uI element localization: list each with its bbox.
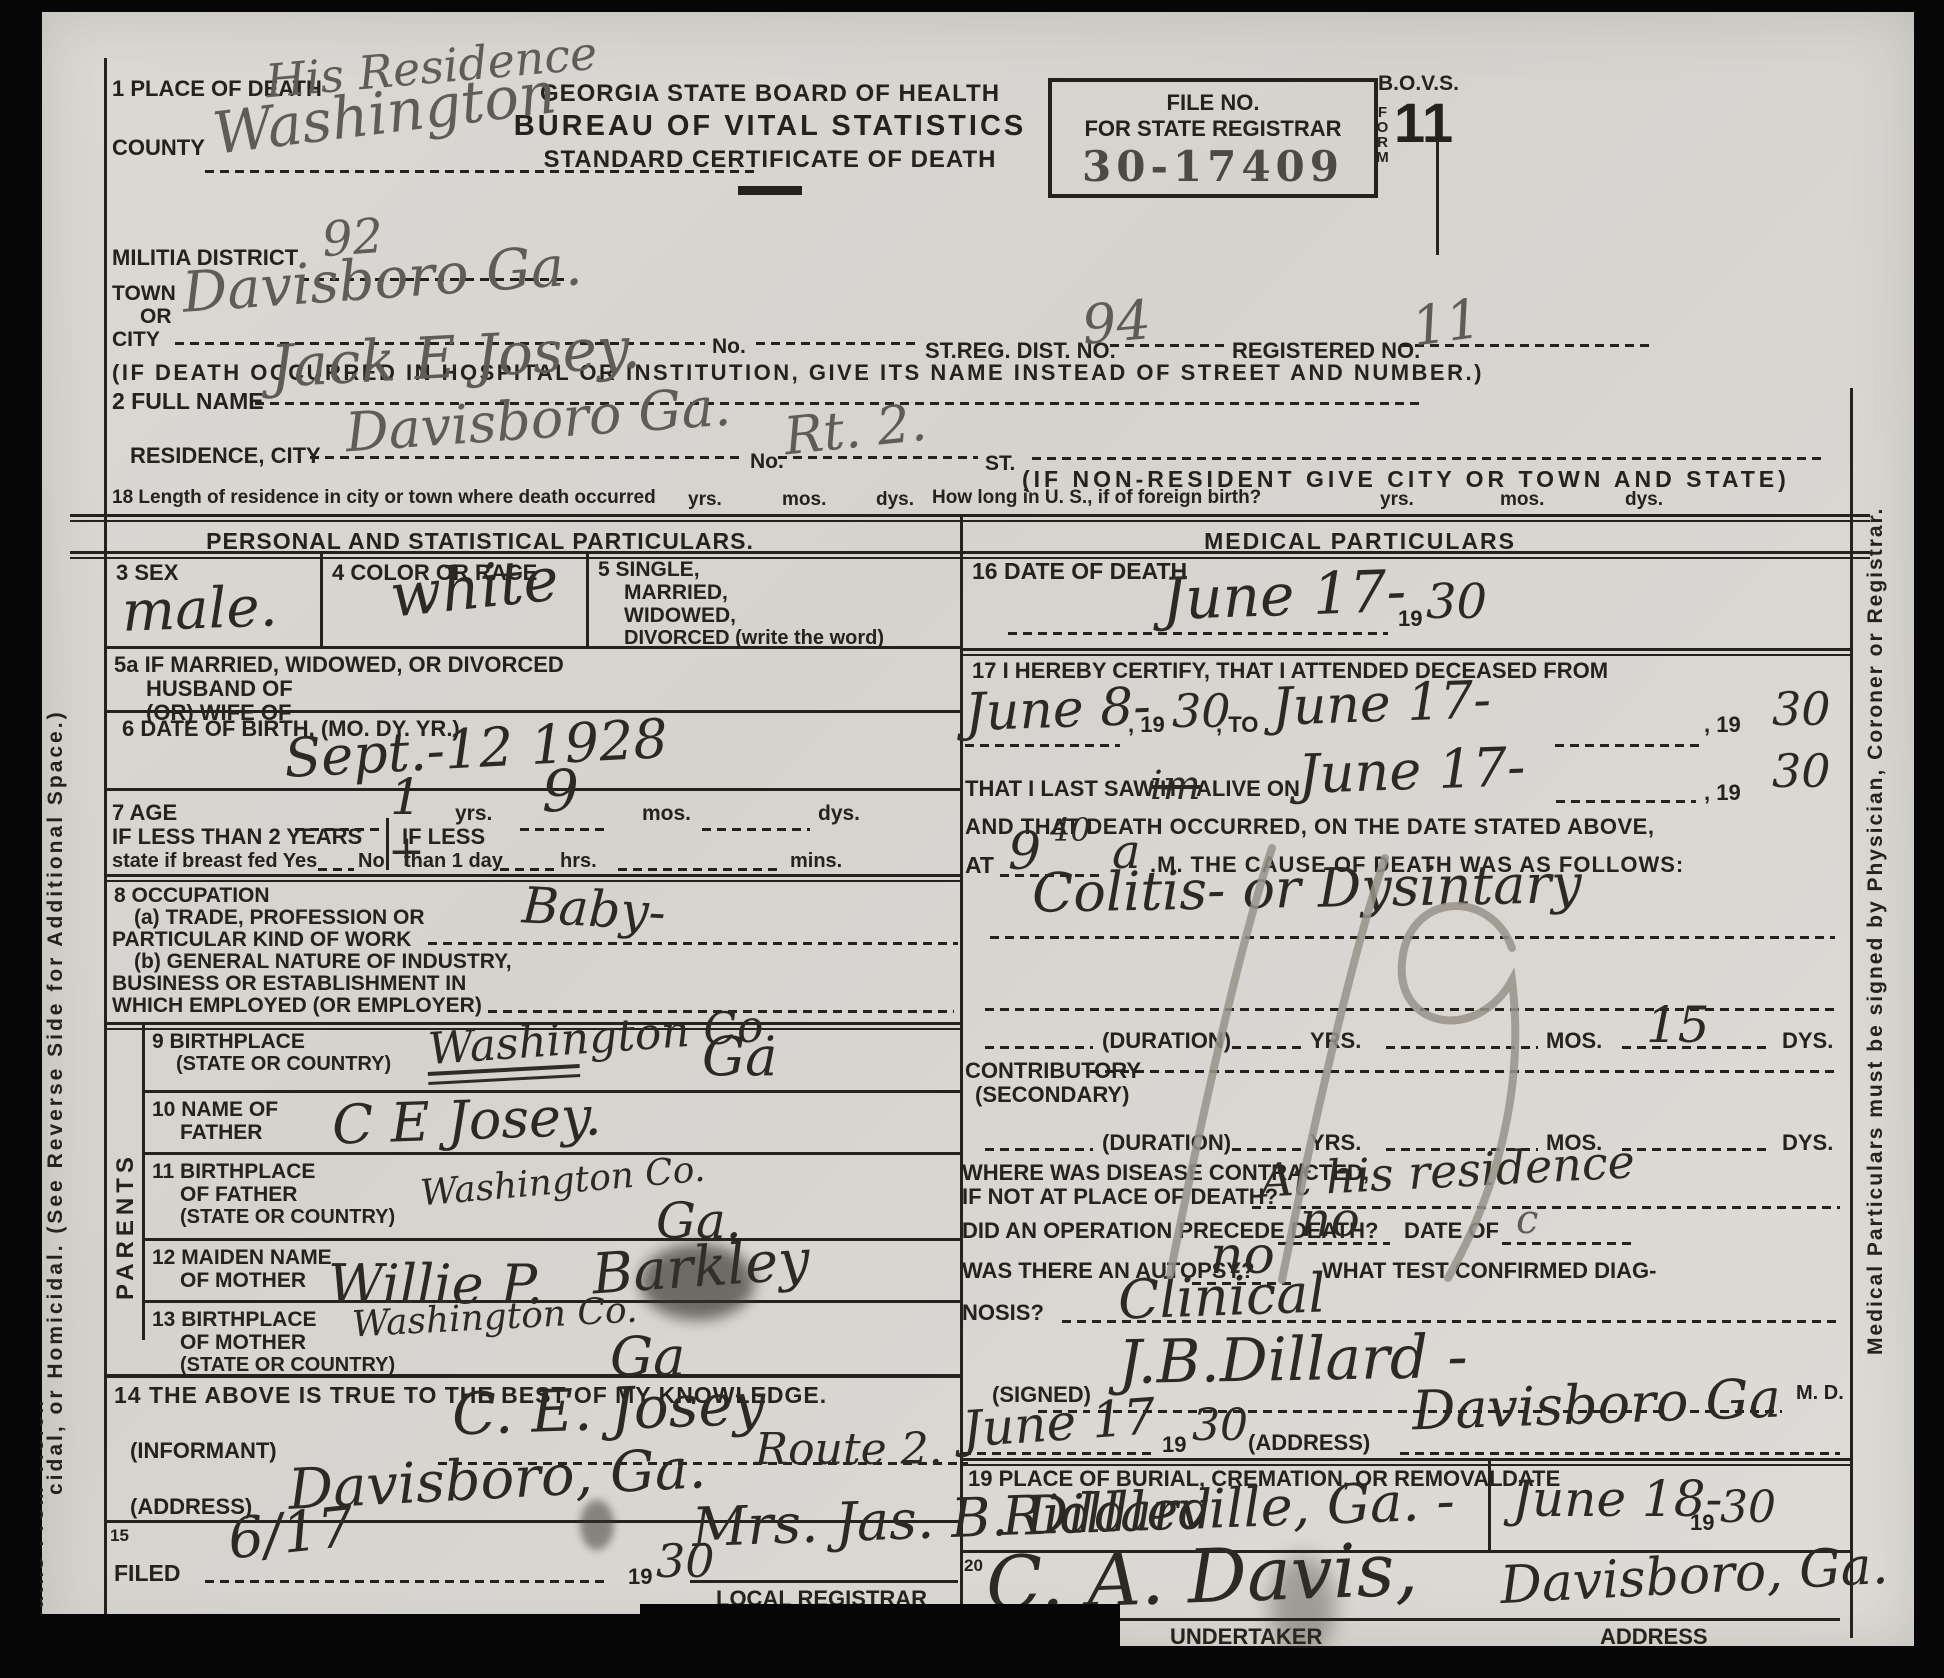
mother-bp-label3: (STATE OR COUNTRY) bbox=[180, 1354, 395, 1377]
residence-no-value: Rt. 2. bbox=[782, 397, 929, 464]
lastsaw-year-value: 30 bbox=[1772, 748, 1831, 794]
signed-double-rule bbox=[960, 1458, 1852, 1466]
length-mos-unit: mos. bbox=[782, 489, 826, 511]
filed-label: FILED bbox=[114, 1560, 180, 1587]
howlong-mos-unit: mos. bbox=[1500, 489, 1544, 511]
attended-from-value: June 8- bbox=[964, 681, 1151, 739]
burial-date-value: June 18- bbox=[1512, 1474, 1722, 1524]
board-title-line1: GEORGIA STATE BOARD OF HEALTH bbox=[480, 80, 1060, 108]
scan-edge-top bbox=[0, 0, 1944, 12]
scan-edge-bottom-right bbox=[1120, 1648, 1944, 1678]
street-no-label: No. bbox=[712, 335, 746, 359]
ink-blot bbox=[640, 1244, 755, 1320]
age-dys-fill bbox=[702, 828, 810, 831]
marital-label-3: WIDOWED, bbox=[624, 604, 736, 628]
marital-label-1: 5 SINGLE, bbox=[598, 558, 700, 582]
age-mos-unit: mos. bbox=[642, 802, 691, 826]
row6-rule bbox=[104, 788, 960, 791]
age-mos-fill bbox=[520, 828, 610, 831]
filed-fill-line bbox=[205, 1580, 605, 1583]
scan-edge-right bbox=[1914, 0, 1944, 1678]
registered-no-value: 11 bbox=[1409, 291, 1485, 354]
nosis-label: NOSIS? bbox=[962, 1300, 1044, 1326]
informant-signature: C. E. Josey bbox=[451, 1375, 766, 1444]
board-title-line3: STANDARD CERTIFICATE OF DEATH bbox=[480, 146, 1060, 174]
date-of-death-label: 16 DATE OF DEATH bbox=[972, 558, 1187, 585]
residence-no-label: No. bbox=[750, 450, 784, 474]
age-years-value: 1 bbox=[390, 772, 422, 822]
length-dys-unit: dys. bbox=[876, 489, 914, 511]
signed-date-value: June 17 bbox=[960, 1391, 1157, 1454]
howlong-yrs-unit: yrs. bbox=[1380, 489, 1414, 511]
occupation-a-fill bbox=[428, 942, 958, 945]
file-no-label: FILE NO. bbox=[1052, 90, 1374, 116]
mother-bp-label1: 13 BIRTHPLACE bbox=[152, 1308, 317, 1332]
residence-st-label: ST. bbox=[985, 452, 1015, 476]
row10-rule bbox=[142, 1152, 960, 1155]
father-bp-label3: (STATE OR COUNTRY) bbox=[180, 1206, 395, 1229]
mins-fill bbox=[618, 868, 783, 871]
duration1-dys: DYS. bbox=[1782, 1028, 1833, 1054]
file-number-box: FILE NO. FOR STATE REGISTRAR 30-17409 bbox=[1048, 78, 1378, 198]
attended-from-fill bbox=[965, 744, 1120, 747]
file-number-stamp: 30-17409 bbox=[1052, 142, 1374, 191]
occupation-label: 8 OCCUPATION bbox=[114, 884, 270, 908]
father-name-label1: 10 NAME OF bbox=[152, 1098, 278, 1122]
occupation-value: Baby- bbox=[521, 880, 667, 937]
at-label: AT bbox=[965, 852, 994, 879]
hrs-unit: hrs. bbox=[560, 850, 597, 873]
board-title-line2: BUREAU OF VITAL STATISTICS bbox=[480, 110, 1060, 143]
age-dys-unit: dys. bbox=[818, 802, 860, 826]
form-number: 11 bbox=[1394, 90, 1453, 155]
medical-section-title: MEDICAL PARTICULARS bbox=[1100, 528, 1620, 555]
scanned-death-certificate: In Deaths From Violen cidal, or Homicida… bbox=[0, 0, 1944, 1678]
to-year-printed: , 19 bbox=[1704, 712, 1741, 738]
lastsaw-fill bbox=[1556, 800, 1696, 803]
lastsaw-label2: ALIVE ON bbox=[1196, 776, 1300, 802]
occupation-a2: PARTICULAR KIND OF WORK bbox=[112, 928, 411, 952]
birthplace-label1: 9 BIRTHPLACE bbox=[152, 1030, 305, 1054]
attended-to-fill bbox=[1555, 744, 1700, 747]
age-label: 7 AGE bbox=[112, 800, 177, 826]
if-less-2years-label: IF LESS THAN 2 YEARS bbox=[112, 824, 362, 850]
duration1-days-value: 15 bbox=[1646, 1000, 1710, 1050]
lastsaw-him-value: im bbox=[1150, 766, 1201, 806]
or-label: OR bbox=[140, 305, 172, 329]
lastsaw-label1: THAT I LAST SAW H bbox=[965, 776, 1176, 802]
item20-number: 20 bbox=[964, 1556, 983, 1576]
informant-route-value: Route 2. bbox=[755, 1428, 943, 1472]
to-year-value: 30 bbox=[1772, 686, 1831, 732]
age-months-value: 9 bbox=[542, 762, 579, 820]
length-yrs-unit: yrs. bbox=[688, 489, 722, 511]
residence-st-fill-line bbox=[1032, 457, 1822, 460]
informant-label: (INFORMANT) bbox=[130, 1438, 277, 1464]
date-of-death-value: June 17- bbox=[1161, 562, 1407, 628]
burial-year-value: 30 bbox=[1720, 1486, 1776, 1530]
sex-value: male. bbox=[121, 579, 278, 640]
length-residence-label: 18 Length of residence in city or town w… bbox=[112, 487, 656, 509]
filed-year-printed: 19 bbox=[628, 1564, 652, 1590]
father-name-label2: FATHER bbox=[180, 1121, 262, 1145]
lastsaw-year-printed: , 19 bbox=[1704, 780, 1741, 806]
signed-address-value: Davisboro Ga bbox=[1411, 1372, 1782, 1439]
md-label: M. D. bbox=[1796, 1382, 1844, 1405]
breast-fed-label: state if breast fed Yes bbox=[112, 850, 317, 873]
signed-address-fill bbox=[1400, 1452, 1840, 1455]
pencil-scrawl-mark bbox=[1020, 830, 1580, 1290]
occupation-b3: WHICH EMPLOYED (OR EMPLOYER) bbox=[112, 994, 482, 1018]
dod-double-rule bbox=[960, 648, 1852, 656]
section-top-double-rule bbox=[70, 514, 1870, 522]
occupation-a1: (a) TRADE, PROFESSION OR bbox=[134, 906, 425, 930]
smudge-mark bbox=[1270, 1555, 1336, 1655]
scan-edge-bottom-left bbox=[0, 1614, 640, 1678]
lastsaw-date-value: June 17- bbox=[1297, 740, 1526, 802]
howlong-us-label: How long in U. S., if of foreign birth? bbox=[932, 487, 1261, 509]
residence-city-label: RESIDENCE, CITY bbox=[130, 443, 321, 469]
mother-bp-label2: OF MOTHER bbox=[180, 1331, 306, 1355]
breast-yes-fill bbox=[318, 868, 354, 871]
row11-rule bbox=[142, 1238, 960, 1241]
birthplace-label2: (STATE OR COUNTRY) bbox=[176, 1053, 391, 1076]
marital-label-2: MARRIED, bbox=[624, 581, 728, 605]
parents-inner-border bbox=[142, 1022, 145, 1340]
marital-label-4: DIVORCED (write the word) bbox=[624, 627, 884, 650]
county-label: COUNTY bbox=[112, 135, 205, 161]
registrar-fill-line bbox=[690, 1580, 958, 1583]
item5a-line1: 5a IF MARRIED, WIDOWED, OR DIVORCED bbox=[114, 652, 564, 678]
occupation-b2: BUSINESS OR ESTABLISHMENT IN bbox=[112, 972, 466, 996]
father-name-value: C E Josey. bbox=[331, 1089, 602, 1152]
personal-section-title: PERSONAL AND STATISTICAL PARTICULARS. bbox=[170, 528, 790, 555]
city-label: CITY bbox=[112, 328, 160, 352]
occupation-b1: (b) GENERAL NATURE OF INDUSTRY, bbox=[134, 950, 512, 974]
race-marital-divider bbox=[586, 553, 589, 646]
attended-to-value: June 17- bbox=[1271, 674, 1492, 734]
form-left-border bbox=[104, 58, 107, 1636]
full-name-label: 2 FULL NAME bbox=[112, 388, 264, 415]
item5a-line2: HUSBAND OF bbox=[146, 676, 293, 702]
duration2-dys: DYS. bbox=[1782, 1130, 1833, 1156]
dod-year-value: 30 bbox=[1426, 578, 1487, 626]
form-word-vertical: FORM bbox=[1374, 104, 1391, 180]
town-label: TOWN bbox=[112, 282, 176, 306]
mother-name-label2: OF MOTHER bbox=[180, 1269, 306, 1293]
mins-unit: mins. bbox=[790, 850, 842, 873]
father-bp-label1: 11 BIRTHPLACE bbox=[152, 1160, 315, 1184]
breast-no-label: No bbox=[358, 850, 385, 873]
signed-year-value: 30 bbox=[1192, 1404, 1248, 1448]
howlong-dys-unit: dys. bbox=[1625, 489, 1663, 511]
hrs-fill bbox=[500, 868, 555, 871]
breast-no-mark: + bbox=[388, 830, 425, 874]
signed-year-printed: 19 bbox=[1162, 1432, 1186, 1458]
column-divider bbox=[960, 514, 963, 1636]
race-value: white bbox=[387, 549, 561, 626]
duration2-fill3 bbox=[1622, 1148, 1772, 1151]
smudge-mark-2 bbox=[580, 1500, 614, 1550]
scan-edge-left bbox=[0, 0, 40, 1678]
filed-date-value: 6/17 bbox=[225, 1500, 356, 1569]
right-margin-text: Medical Particulars must be signed by Ph… bbox=[1864, 507, 1888, 1355]
scan-edge-bottom-center bbox=[640, 1604, 1120, 1678]
left-margin-inner-text: cidal, or Homicidal. (See Reverse Side f… bbox=[44, 709, 68, 1495]
form11-divider-line bbox=[1436, 140, 1439, 255]
for-state-registrar-label: FOR STATE REGISTRAR bbox=[1052, 116, 1374, 142]
parents-vertical-label: PARENTS bbox=[112, 1152, 140, 1300]
father-bp-label2: OF FATHER bbox=[180, 1183, 297, 1207]
from-year-value: 30 bbox=[1172, 688, 1231, 734]
age-yrs-unit: yrs. bbox=[455, 802, 492, 826]
streg-dist-value: 94 bbox=[1080, 293, 1153, 353]
signed-address-label: (ADDRESS) bbox=[1248, 1430, 1370, 1456]
sex-race-divider bbox=[320, 553, 323, 646]
item15-number: 15 bbox=[110, 1526, 129, 1546]
title-underline-bar bbox=[738, 186, 802, 195]
dod-fill-line bbox=[1008, 632, 1388, 635]
street-no-fill-line bbox=[756, 342, 916, 345]
form-right-border bbox=[1850, 388, 1853, 1638]
undertaker-address-label: ADDRESS bbox=[1600, 1624, 1708, 1650]
mother-name-label1: 12 MAIDEN NAME bbox=[152, 1246, 332, 1270]
birthplace-state: Ga bbox=[702, 1030, 777, 1084]
